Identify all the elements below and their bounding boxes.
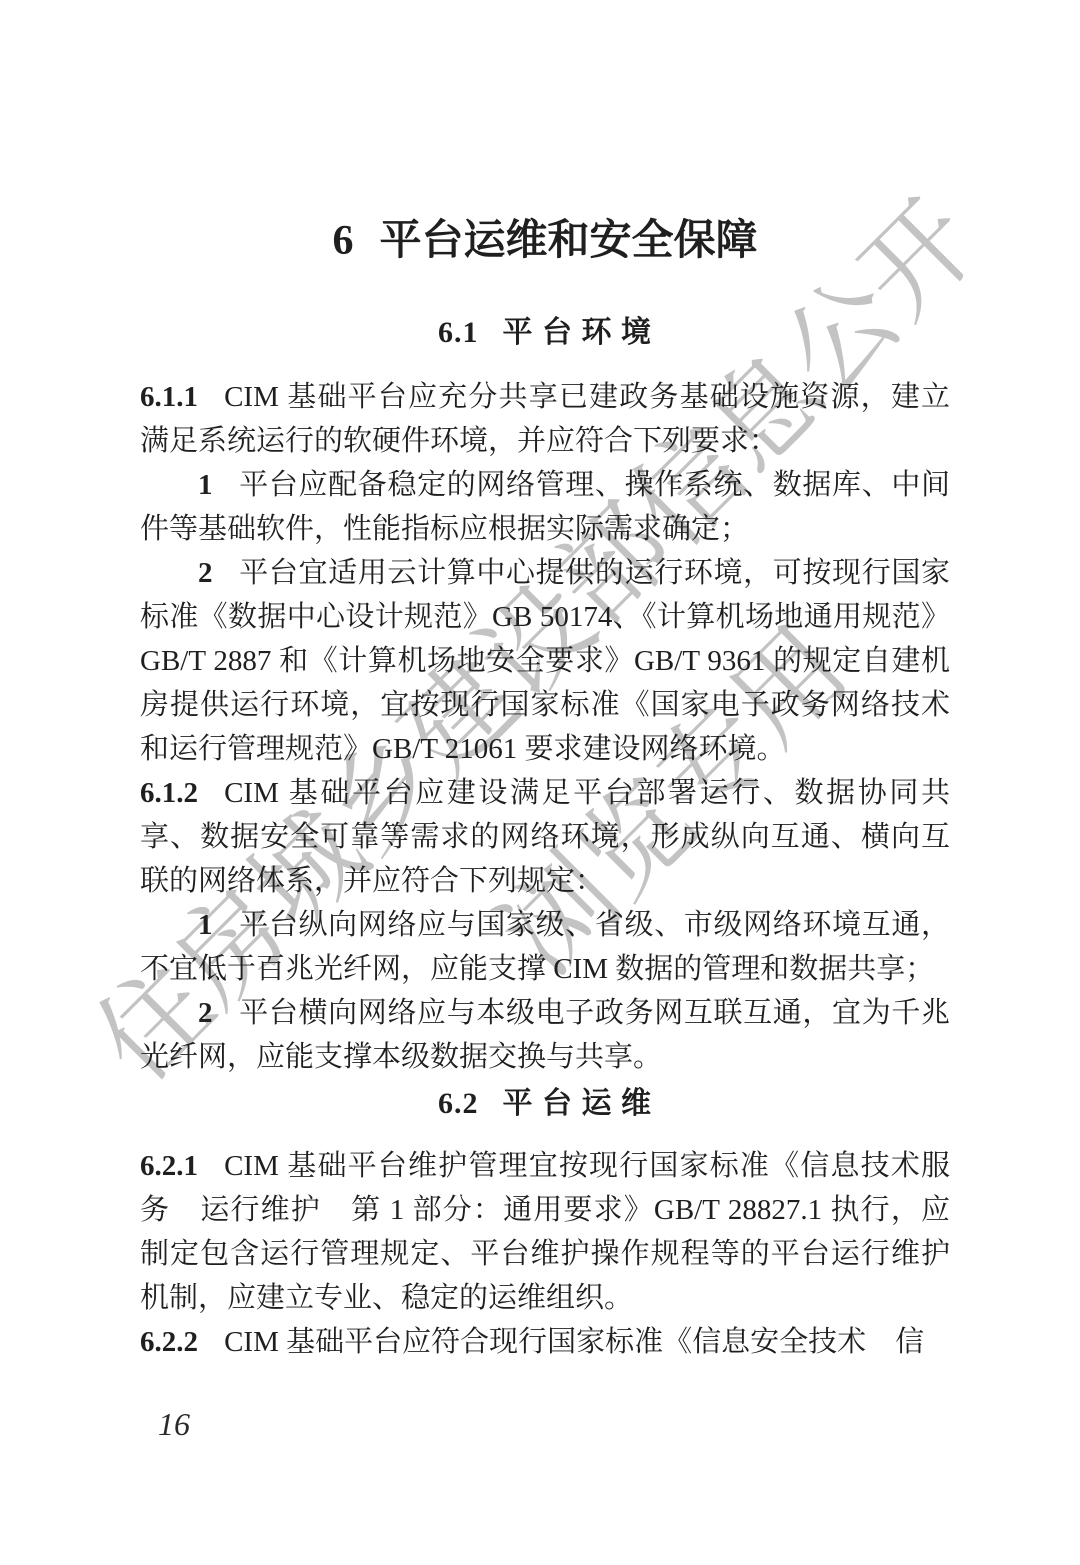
section-6-2-heading: 6.2平 台 运 维 (140, 1089, 950, 1119)
page-number: 16 (158, 1408, 190, 1440)
clause-number: 6.1.2 (140, 777, 198, 809)
section-number: 6.2 (438, 1087, 479, 1120)
clause-text: CIM 基础平台维护管理宜按现行国家标准《信息技术服务 运行维护 第 1 部分：… (140, 1150, 950, 1314)
item-text: 平台宜适用云计算中心提供的运行环境，可按现行国家标准《数据中心设计规范》GB 5… (140, 557, 950, 765)
chapter-number: 6 (332, 218, 353, 264)
section-number: 6.1 (438, 316, 479, 349)
clause-text: CIM 基础平台应充分共享已建政务基础设施资源，建立满足系统运行的软硬件环境，并… (140, 381, 950, 457)
item-6-1-2-2: 2平台横向网络应与本级电子政务网互联互通，宜为千兆光纤网，应能支撑本级数据交换与… (140, 991, 950, 1079)
chapter-title: 平台运维和安全保障 (379, 218, 757, 264)
clause-6-2-2: 6.2.2CIM 基础平台应符合现行国家标准《信息安全技术 信 (140, 1320, 950, 1364)
item-6-1-1-1: 1平台应配备稳定的网络管理、操作系统、数据库、中间件等基础软件，性能指标应根据实… (140, 463, 950, 551)
item-6-1-2-1: 1平台纵向网络应与国家级、省级、市级网络环境互通，不宜低于百兆光纤网，应能支撑 … (140, 903, 950, 991)
section-title: 平 台 环 境 (503, 316, 653, 349)
clause-number: 6.1.1 (140, 381, 198, 413)
item-number: 1 (198, 909, 213, 941)
item-number: 1 (198, 469, 213, 501)
section-6-1-heading: 6.1平 台 环 境 (140, 318, 950, 348)
clause-text: CIM 基础平台应建设满足平台部署运行、数据协同共享、数据安全可靠等需求的网络环… (140, 777, 950, 897)
item-text: 平台横向网络应与本级电子政务网互联互通，宜为千兆光纤网，应能支撑本级数据交换与共… (140, 997, 950, 1073)
clause-6-1-2: 6.1.2CIM 基础平台应建设满足平台部署运行、数据协同共享、数据安全可靠等需… (140, 771, 950, 903)
chapter-heading: 6平台运维和安全保障 (140, 220, 950, 262)
clause-text: CIM 基础平台应符合现行国家标准《信息安全技术 信 (224, 1326, 924, 1358)
item-6-1-1-2: 2平台宜适用云计算中心提供的运行环境，可按现行国家标准《数据中心设计规范》GB … (140, 551, 950, 771)
clause-number: 6.2.1 (140, 1150, 198, 1182)
item-text: 平台应配备稳定的网络管理、操作系统、数据库、中间件等基础软件，性能指标应根据实际… (140, 469, 950, 545)
clause-6-2-1: 6.2.1CIM 基础平台维护管理宜按现行国家标准《信息技术服务 运行维护 第 … (140, 1144, 950, 1320)
document-page: 住房城乡建设部信息公开 浏览专用 6平台运维和安全保障 6.1平 台 环 境 6… (0, 0, 1080, 1565)
page-content: 6平台运维和安全保障 6.1平 台 环 境 6.1.1CIM 基础平台应充分共享… (0, 0, 1080, 1565)
item-number: 2 (198, 557, 213, 589)
section-title: 平 台 运 维 (503, 1087, 653, 1120)
clause-number: 6.2.2 (140, 1326, 198, 1358)
item-number: 2 (198, 997, 213, 1029)
clause-6-1-1: 6.1.1CIM 基础平台应充分共享已建政务基础设施资源，建立满足系统运行的软硬… (140, 375, 950, 463)
item-text: 平台纵向网络应与国家级、省级、市级网络环境互通，不宜低于百兆光纤网，应能支撑 C… (140, 909, 950, 985)
